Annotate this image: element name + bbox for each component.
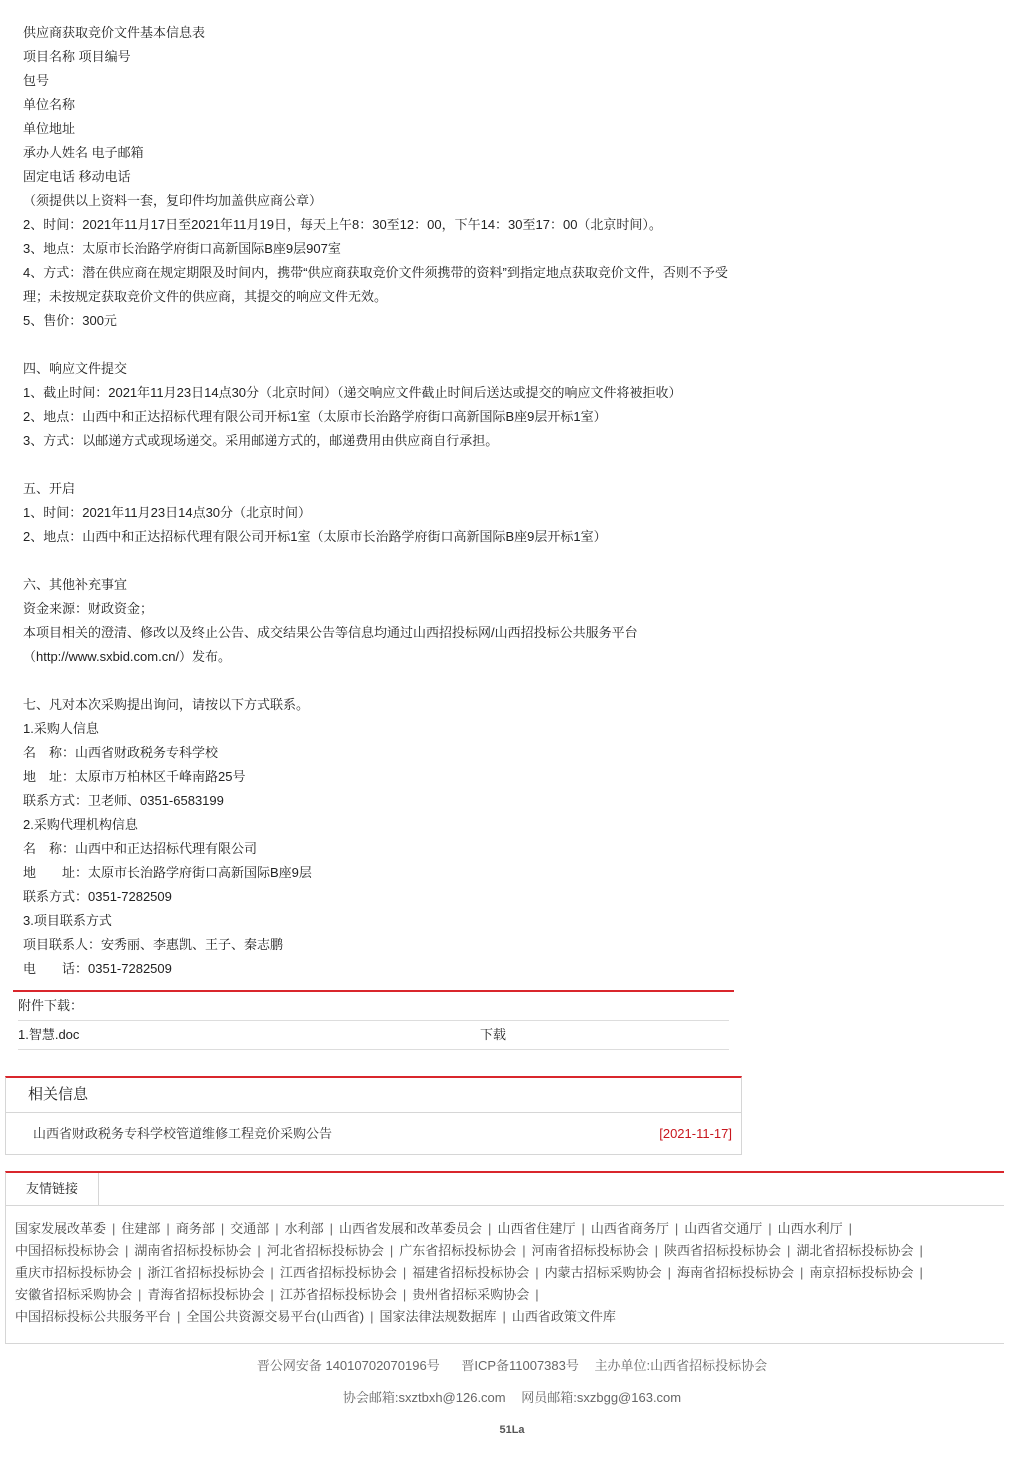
article-line: 联系方式：0351-7282509 <box>23 885 743 909</box>
link-separator: | <box>251 1243 266 1258</box>
link-separator: | <box>264 1265 279 1280</box>
friend-link[interactable]: 广东省招标投标协会 <box>399 1243 516 1258</box>
article-line: 2、地点：山西中和正达招标代理有限公司开标1室（太原市长治路学府街口高新国际B座… <box>23 405 743 429</box>
friend-link[interactable]: 福建省招标投标协会 <box>412 1265 529 1280</box>
friend-links-row: 中国招标投标协会|湖南省招标投标协会|河北省招标投标协会|广东省招标投标协会|河… <box>15 1240 1004 1262</box>
friend-link[interactable]: 水利部 <box>285 1221 324 1236</box>
link-separator: | <box>649 1243 664 1258</box>
friend-link[interactable]: 浙江省招标投标协会 <box>147 1265 264 1280</box>
friend-link[interactable]: 山西省交通厅 <box>684 1221 762 1236</box>
attachment-row: 1.智慧.doc 下载 <box>18 1021 729 1050</box>
link-separator: | <box>264 1287 279 1302</box>
site-footer: 晋公网安备 14010702070196号 晋ICP备11007383号 主办单… <box>0 1352 1024 1444</box>
article-line: 联系方式：卫老师、0351-6583199 <box>23 789 743 813</box>
article-line: 2、时间：2021年11月17日至2021年11月19日，每天上午8：30至12… <box>23 213 743 237</box>
article-line: 4、方式：潜在供应商在规定期限及时间内，携带“供应商获取竞价文件须携带的资料”到… <box>23 261 743 285</box>
friend-link[interactable]: 江苏省招标投标协会 <box>280 1287 397 1302</box>
friend-link[interactable]: 湖北省招标投标协会 <box>796 1243 913 1258</box>
friend-link[interactable]: 中国招标投标公共服务平台 <box>15 1309 171 1324</box>
link-separator: | <box>913 1243 928 1258</box>
article-line: 供应商获取竞价文件基本信息表 <box>23 21 743 45</box>
related-info-item[interactable]: 山西省财政税务专科学校管道维修工程竞价采购公告 [2021-11-17] <box>6 1113 741 1155</box>
friend-link[interactable]: 南京招标投标协会 <box>809 1265 913 1280</box>
download-button[interactable]: 下载 <box>480 1021 506 1049</box>
friend-links-row: 国家发展改革委|住建部|商务部|交通部|水利部|山西省发展和改革委员会|山西省住… <box>15 1218 1004 1240</box>
article-line: 单位地址 <box>23 117 743 141</box>
association-email: 协会邮箱:sxztbxh@126.com <box>343 1390 506 1405</box>
link-separator: | <box>516 1243 531 1258</box>
link-separator: | <box>160 1221 175 1236</box>
link-separator: | <box>215 1221 230 1236</box>
friend-links-row: 重庆市招标投标协会|浙江省招标投标协会|江西省招标投标协会|福建省招标投标协会|… <box>15 1262 1004 1284</box>
friend-link[interactable]: 贵州省招标采购协会 <box>412 1287 529 1302</box>
link-separator: | <box>794 1265 809 1280</box>
link-separator: | <box>662 1265 677 1280</box>
stats-badge[interactable]: 51La <box>0 1416 1024 1444</box>
link-separator: | <box>529 1287 544 1302</box>
sponsor-text: 主办单位:山西省招标投标协会 <box>595 1358 768 1373</box>
article-line: 六、其他补充事宜 <box>23 573 743 597</box>
icp-record[interactable]: 晋ICP备11007383号 <box>461 1358 579 1373</box>
friend-link[interactable]: 内蒙古招标采购协会 <box>545 1265 662 1280</box>
blank-line <box>23 549 743 573</box>
friend-link[interactable]: 山西省住建厅 <box>497 1221 575 1236</box>
friend-link[interactable]: 交通部 <box>230 1221 269 1236</box>
article-line: 名 称：山西省财政税务专科学校 <box>23 741 743 765</box>
link-separator: | <box>171 1309 186 1324</box>
friend-link[interactable]: 重庆市招标投标协会 <box>15 1265 132 1280</box>
article-line: 承办人姓名 电子邮箱 <box>23 141 743 165</box>
article-line: （http://www.sxbid.com.cn/）发布。 <box>23 645 743 669</box>
article-line: 理；未按规定获取竞价文件的供应商，其提交的响应文件无效。 <box>23 285 743 309</box>
blank-line <box>23 453 743 477</box>
friend-link[interactable]: 陕西省招标投标协会 <box>664 1243 781 1258</box>
article-line: 地 址：太原市万柏林区千峰南路25号 <box>23 765 743 789</box>
link-separator: | <box>397 1265 412 1280</box>
friend-links-row: 安徽省招标采购协会|青海省招标投标协会|江苏省招标投标协会|贵州省招标采购协会| <box>15 1284 1004 1306</box>
link-separator: | <box>669 1221 684 1236</box>
article-line: 五、开启 <box>23 477 743 501</box>
friend-link[interactable]: 山西水利厅 <box>778 1221 843 1236</box>
article-line: 电 话：0351-7282509 <box>23 957 743 981</box>
friend-link[interactable]: 商务部 <box>176 1221 215 1236</box>
article-line: 5、售价：300元 <box>23 309 743 333</box>
friend-links-list: 国家发展改革委|住建部|商务部|交通部|水利部|山西省发展和改革委员会|山西省住… <box>6 1206 1004 1328</box>
article-line: 名 称：山西中和正达招标代理有限公司 <box>23 837 743 861</box>
article-line: 2、地点：山西中和正达招标代理有限公司开标1室（太原市长治路学府街口高新国际B座… <box>23 525 743 549</box>
friend-link[interactable]: 青海省招标投标协会 <box>147 1287 264 1302</box>
article-line: 项目名称 项目编号 <box>23 45 743 69</box>
friend-links-panel: 友情链接 国家发展改革委|住建部|商务部|交通部|水利部|山西省发展和改革委员会… <box>5 1171 1004 1344</box>
friend-link[interactable]: 河北省招标投标协会 <box>267 1243 384 1258</box>
article-line: 本项目相关的澄清、修改以及终止公告、成交结果公告等信息均通过山西招投标网/山西招… <box>23 621 743 645</box>
link-separator: | <box>496 1309 511 1324</box>
link-separator: | <box>397 1287 412 1302</box>
footer-emails: 协会邮箱:sxztbxh@126.com 网员邮箱:sxzbgg@163.com <box>0 1384 1024 1412</box>
related-item-date: [2021-11-17] <box>659 1113 732 1155</box>
link-separator: | <box>843 1221 858 1236</box>
link-separator: | <box>482 1221 497 1236</box>
attachment-section: 附件下载： 1.智慧.doc 下载 <box>13 990 734 1050</box>
blank-line <box>23 669 743 693</box>
article-line: 地 址：太原市长治路学府街口高新国际B座9层 <box>23 861 743 885</box>
article-body: 供应商获取竞价文件基本信息表项目名称 项目编号包号单位名称单位地址承办人姓名 电… <box>23 21 743 981</box>
article-line: 四、响应文件提交 <box>23 357 743 381</box>
article-line: 3.项目联系方式 <box>23 909 743 933</box>
article-line: 包号 <box>23 69 743 93</box>
friend-link[interactable]: 山西省发展和改革委员会 <box>339 1221 482 1236</box>
article-line: 1、时间：2021年11月23日14点30分（北京时间） <box>23 501 743 525</box>
friend-link[interactable]: 全国公共资源交易平台(山西省) <box>186 1309 364 1324</box>
friend-link[interactable]: 国家发展改革委 <box>15 1221 106 1236</box>
article-line: 固定电话 移动电话 <box>23 165 743 189</box>
link-separator: | <box>781 1243 796 1258</box>
article-line: 1、截止时间：2021年11月23日14点30分（北京时间）（递交响应文件截止时… <box>23 381 743 405</box>
article-line: （须提供以上资料一套，复印件均加盖供应商公章） <box>23 189 743 213</box>
related-info-panel: 相关信息 山西省财政税务专科学校管道维修工程竞价采购公告 [2021-11-17… <box>5 1076 742 1155</box>
link-separator: | <box>119 1243 134 1258</box>
friend-link[interactable]: 湖南省招标投标协会 <box>134 1243 251 1258</box>
friend-link[interactable]: 住建部 <box>121 1221 160 1236</box>
link-separator: | <box>269 1221 284 1236</box>
friend-link[interactable]: 山西省商务厅 <box>591 1221 669 1236</box>
article-line: 七、凡对本次采购提出询问，请按以下方式联系。 <box>23 693 743 717</box>
article-line: 2.采购代理机构信息 <box>23 813 743 837</box>
link-separator: | <box>324 1221 339 1236</box>
link-separator: | <box>529 1265 544 1280</box>
tab-friend-links[interactable]: 友情链接 <box>6 1173 99 1205</box>
friend-link[interactable]: 江西省招标投标协会 <box>280 1265 397 1280</box>
article-line: 单位名称 <box>23 93 743 117</box>
friend-links-tabbar: 友情链接 <box>6 1173 1004 1206</box>
blank-line <box>23 333 743 357</box>
attachment-header: 附件下载： <box>18 992 729 1021</box>
friend-link[interactable]: 河南省招标投标协会 <box>532 1243 649 1258</box>
article-line: 项目联系人：安秀丽、李惠凯、王子、秦志鹏 <box>23 933 743 957</box>
article-line: 3、地点：太原市长治路学府街口高新国际B座9层907室 <box>23 237 743 261</box>
link-separator: | <box>913 1265 928 1280</box>
police-record[interactable]: 晋公网安备 14010702070196号 <box>257 1358 440 1373</box>
attachment-file-link[interactable]: 1.智慧.doc <box>18 1027 79 1042</box>
friend-link[interactable]: 国家法律法规数据库 <box>379 1309 496 1324</box>
related-item-title[interactable]: 山西省财政税务专科学校管道维修工程竞价采购公告 <box>33 1126 332 1141</box>
friend-link[interactable]: 海南省招标投标协会 <box>677 1265 794 1280</box>
friend-link[interactable]: 安徽省招标采购协会 <box>15 1287 132 1302</box>
friend-link[interactable]: 中国招标投标协会 <box>15 1243 119 1258</box>
footer-records: 晋公网安备 14010702070196号 晋ICP备11007383号 主办单… <box>0 1352 1024 1380</box>
friend-link[interactable]: 山西省政策文件库 <box>512 1309 616 1324</box>
friend-links-row: 中国招标投标公共服务平台|全国公共资源交易平台(山西省)|国家法律法规数据库|山… <box>15 1306 1004 1328</box>
article-line: 资金来源：财政资金； <box>23 597 743 621</box>
link-separator: | <box>132 1265 147 1280</box>
link-separator: | <box>106 1221 121 1236</box>
link-separator: | <box>384 1243 399 1258</box>
link-separator: | <box>364 1309 379 1324</box>
link-separator: | <box>575 1221 590 1236</box>
link-separator: | <box>762 1221 777 1236</box>
article-line: 3、方式：以邮递方式或现场递交。采用邮递方式的，邮递费用由供应商自行承担。 <box>23 429 743 453</box>
member-email: 网员邮箱:sxzbgg@163.com <box>521 1390 681 1405</box>
related-info-title: 相关信息 <box>6 1078 741 1113</box>
link-separator: | <box>132 1287 147 1302</box>
article-line: 1.采购人信息 <box>23 717 743 741</box>
